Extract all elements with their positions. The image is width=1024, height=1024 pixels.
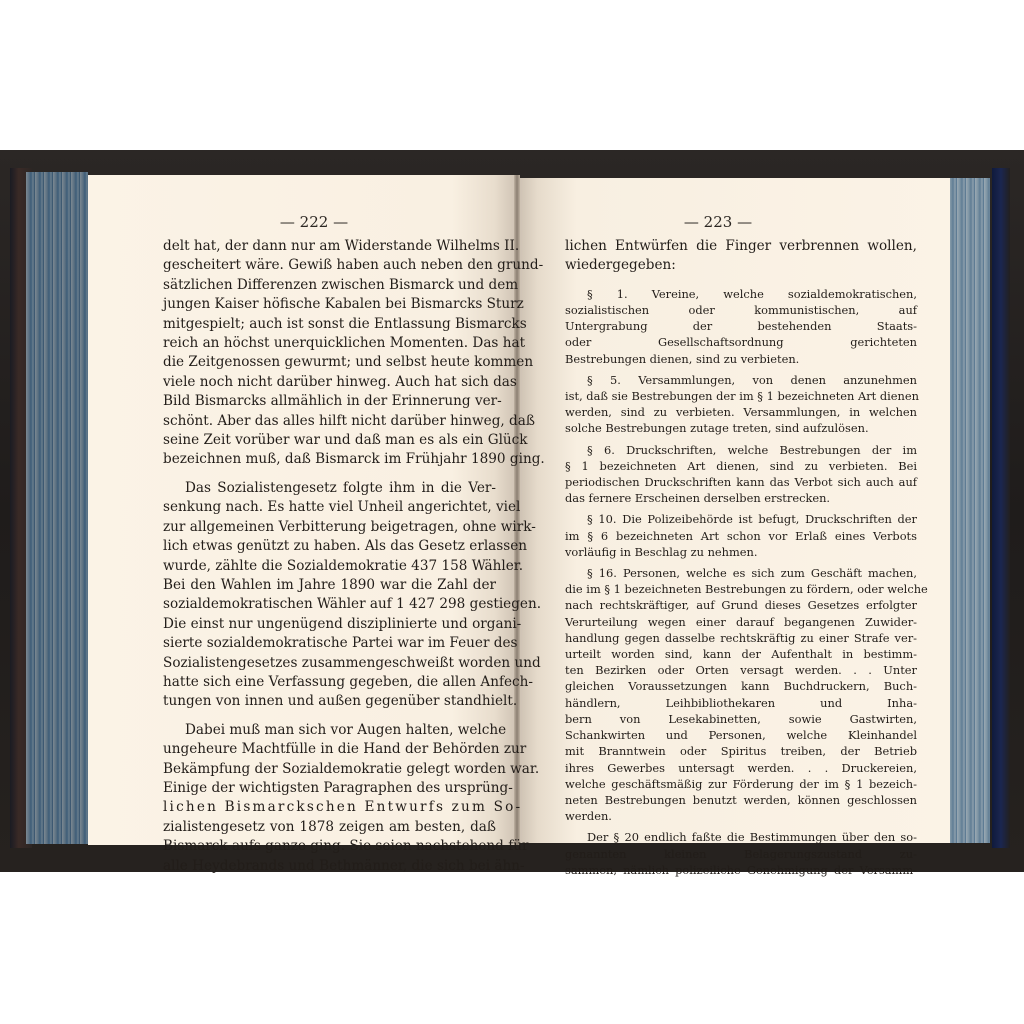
text-line: seine Zeit vorüber war und daß man es al…	[163, 431, 496, 450]
text-line: § 5. Versammlungen, von denen anzunehmen	[565, 372, 917, 388]
text-line: ihres Gewerbes untersagt werden. . . Dru…	[565, 760, 917, 776]
text-line: alle Heydebrands und Bethmänner, die sic…	[163, 857, 496, 876]
text-line: delt hat, der dann nur am Widerstande Wi…	[163, 237, 496, 256]
text-line: wurde, zählte die Sozialdemokratie 437 1…	[163, 557, 496, 576]
text-line: die Zeitgenossen gewurmt; und selbst heu…	[163, 353, 496, 372]
text-line: § 10. Die Polizeibehörde ist befugt, Dru…	[565, 511, 917, 527]
text-line: im § 6 bezeichneten Art schon vor Erlaß …	[565, 528, 917, 544]
page-edges-right	[948, 178, 990, 843]
paragraph: Dabei muß man sich vor Augen halten, wel…	[163, 721, 496, 876]
law-section-20: Der § 20 endlich faßte die Bestimmungen …	[565, 829, 917, 878]
text-line: nach rechtskräftiger, auf Grund dieses G…	[565, 597, 917, 613]
text-line: mitgespielt; auch ist sonst die Entlassu…	[163, 315, 496, 334]
law-section-16: § 16. Personen, welche es sich zum Gesch…	[565, 565, 917, 824]
text-line: jungen Kaiser höfische Kabalen bei Bisma…	[163, 295, 496, 314]
right-page-text: lichen Entwürfen die Finger verbrennen w…	[565, 237, 917, 878]
text-line: zialistengesetz von 1878 zeigen am beste…	[163, 818, 496, 837]
text-line: lichen Entwürfen die Finger verbrennen w…	[565, 237, 917, 256]
text-line: lichen Bismarckschen Entwurfs zum So-	[163, 798, 496, 817]
text-line: tungen von innen und außen gegenüber sta…	[163, 692, 496, 711]
text-line: sozialistischen oder kommunistischen, au…	[565, 302, 917, 318]
left-page-text: delt hat, der dann nur am Widerstande Wi…	[163, 237, 496, 876]
text-line: Bestrebungen dienen, sind zu verbieten.	[565, 351, 917, 367]
text-line: Bild Bismarcks allmählich in der Erinner…	[163, 392, 496, 411]
law-section-10: § 10. Die Polizeibehörde ist befugt, Dru…	[565, 511, 917, 560]
text-line: neten Bestrebungen benutzt werden, könne…	[565, 792, 917, 808]
text-line: schönt. Aber das alles hilft nicht darüb…	[163, 412, 496, 431]
text-line: solche Bestrebungen zutage treten, sind …	[565, 420, 917, 436]
paragraph: delt hat, der dann nur am Widerstande Wi…	[163, 237, 496, 470]
text-line: handlung gegen dasselbe rechtskräftig zu…	[565, 630, 917, 646]
text-line: gleichen Voraussetzungen kann Buchdrucke…	[565, 678, 917, 694]
text-line: Einige der wichtigsten Paragraphen des u…	[163, 779, 496, 798]
text-line: urteilt worden sind, kann der Aufenthalt…	[565, 646, 917, 662]
text-line: gescheitert wäre. Gewiß haben auch neben…	[163, 256, 496, 275]
law-section-5: § 5. Versammlungen, von denen anzunehmen…	[565, 372, 917, 437]
text-line: bezeichnen muß, daß Bismarck im Frühjahr…	[163, 450, 496, 469]
text-line: händlern, Leihbibliothekaren und Inha-	[565, 695, 917, 711]
law-section-6: § 6. Druckschriften, welche Bestrebungen…	[565, 442, 917, 507]
book-cover-right	[992, 168, 1010, 848]
text-line: Sozialistengesetzes zusammengeschweißt w…	[163, 654, 496, 673]
text-line: viele noch nicht darüber hinweg. Auch ha…	[163, 373, 496, 392]
text-line: senkung nach. Es hatte viel Unheil anger…	[163, 498, 496, 517]
paragraph: Das Sozialistengesetz folgte ihm in die …	[163, 479, 496, 712]
text-line: Das Sozialistengesetz folgte ihm in die …	[163, 479, 496, 498]
text-line: Bekämpfung der Sozialdemokratie gelegt w…	[163, 760, 496, 779]
text-line: werden, sind zu verbieten. Versammlungen…	[565, 404, 917, 420]
text-line: lich etwas genützt zu haben. Als das Ges…	[163, 537, 496, 556]
text-line: bern von Lesekabinetten, sowie Gastwirte…	[565, 711, 917, 727]
text-line: Bismarck aufs ganze ging. Sie seien nach…	[163, 837, 496, 856]
text-line: § 16. Personen, welche es sich zum Gesch…	[565, 565, 917, 581]
text-line: vorläufig in Beschlag zu nehmen.	[565, 544, 917, 560]
page-edges-left	[26, 172, 88, 844]
text-line: Dabei muß man sich vor Augen halten, wel…	[163, 721, 496, 740]
text-line: genannten kleinen Belagerungszustand zu-	[565, 846, 917, 862]
law-section-1: § 1. Vereine, welche sozialdemokratische…	[565, 286, 917, 367]
text-line: werden.	[565, 808, 917, 824]
page-number-left: — 222 —	[254, 213, 374, 231]
text-line: Bei den Wahlen im Jahre 1890 war die Zah…	[163, 576, 496, 595]
text-line: ungeheure Machtfülle in die Hand der Beh…	[163, 740, 496, 759]
text-line: hatte sich eine Verfassung gegeben, die …	[163, 673, 496, 692]
text-line: § 1. Vereine, welche sozialdemokratische…	[565, 286, 917, 302]
text-line: ten Bezirken oder Orten versagt werden. …	[565, 662, 917, 678]
text-line: ist, daß sie Bestrebungen der im § 1 bez…	[565, 388, 917, 404]
paragraph: lichen Entwürfen die Finger verbrennen w…	[565, 237, 917, 276]
text-line: Der § 20 endlich faßte die Bestimmungen …	[565, 829, 917, 845]
text-line: wiedergegeben:	[565, 256, 917, 275]
text-line: sammen, nämlich polizeiliche Genehmigung…	[565, 862, 917, 878]
text-line: Die einst nur ungenügend disziplinierte …	[163, 615, 496, 634]
text-line: § 6. Druckschriften, welche Bestrebungen…	[565, 442, 917, 458]
text-line: Untergrabung der bestehenden Staats-	[565, 318, 917, 334]
text-line: oder Gesellschaftsordnung gerichteten	[565, 334, 917, 350]
text-line: sätzlichen Differenzen zwischen Bismarck…	[163, 276, 496, 295]
page-number-right: — 223 —	[658, 213, 778, 231]
text-line: reich an höchst unerquicklichen Momenten…	[163, 334, 496, 353]
text-line: sozialdemokratischen Wähler auf 1 427 29…	[163, 595, 496, 614]
text-line: mit Branntwein oder Spiritus treiben, de…	[565, 743, 917, 759]
text-line: das fernere Erscheinen derselben erstrec…	[565, 490, 917, 506]
text-line: Schankwirten und Personen, welche Kleinh…	[565, 727, 917, 743]
text-line: welche geschäftsmäßig zur Förderung der …	[565, 776, 917, 792]
text-line: periodischen Druckschriften kann das Ver…	[565, 474, 917, 490]
text-line: sierte sozialdemokratische Partei war im…	[163, 634, 496, 653]
text-line: § 1 bezeichneten Art dienen, sind zu ver…	[565, 458, 917, 474]
text-line: zur allgemeinen Verbitterung beigetragen…	[163, 518, 496, 537]
text-line: die im § 1 bezeichneten Bestrebungen zu …	[565, 581, 917, 597]
text-line: Verurteilung wegen einer darauf begangen…	[565, 614, 917, 630]
